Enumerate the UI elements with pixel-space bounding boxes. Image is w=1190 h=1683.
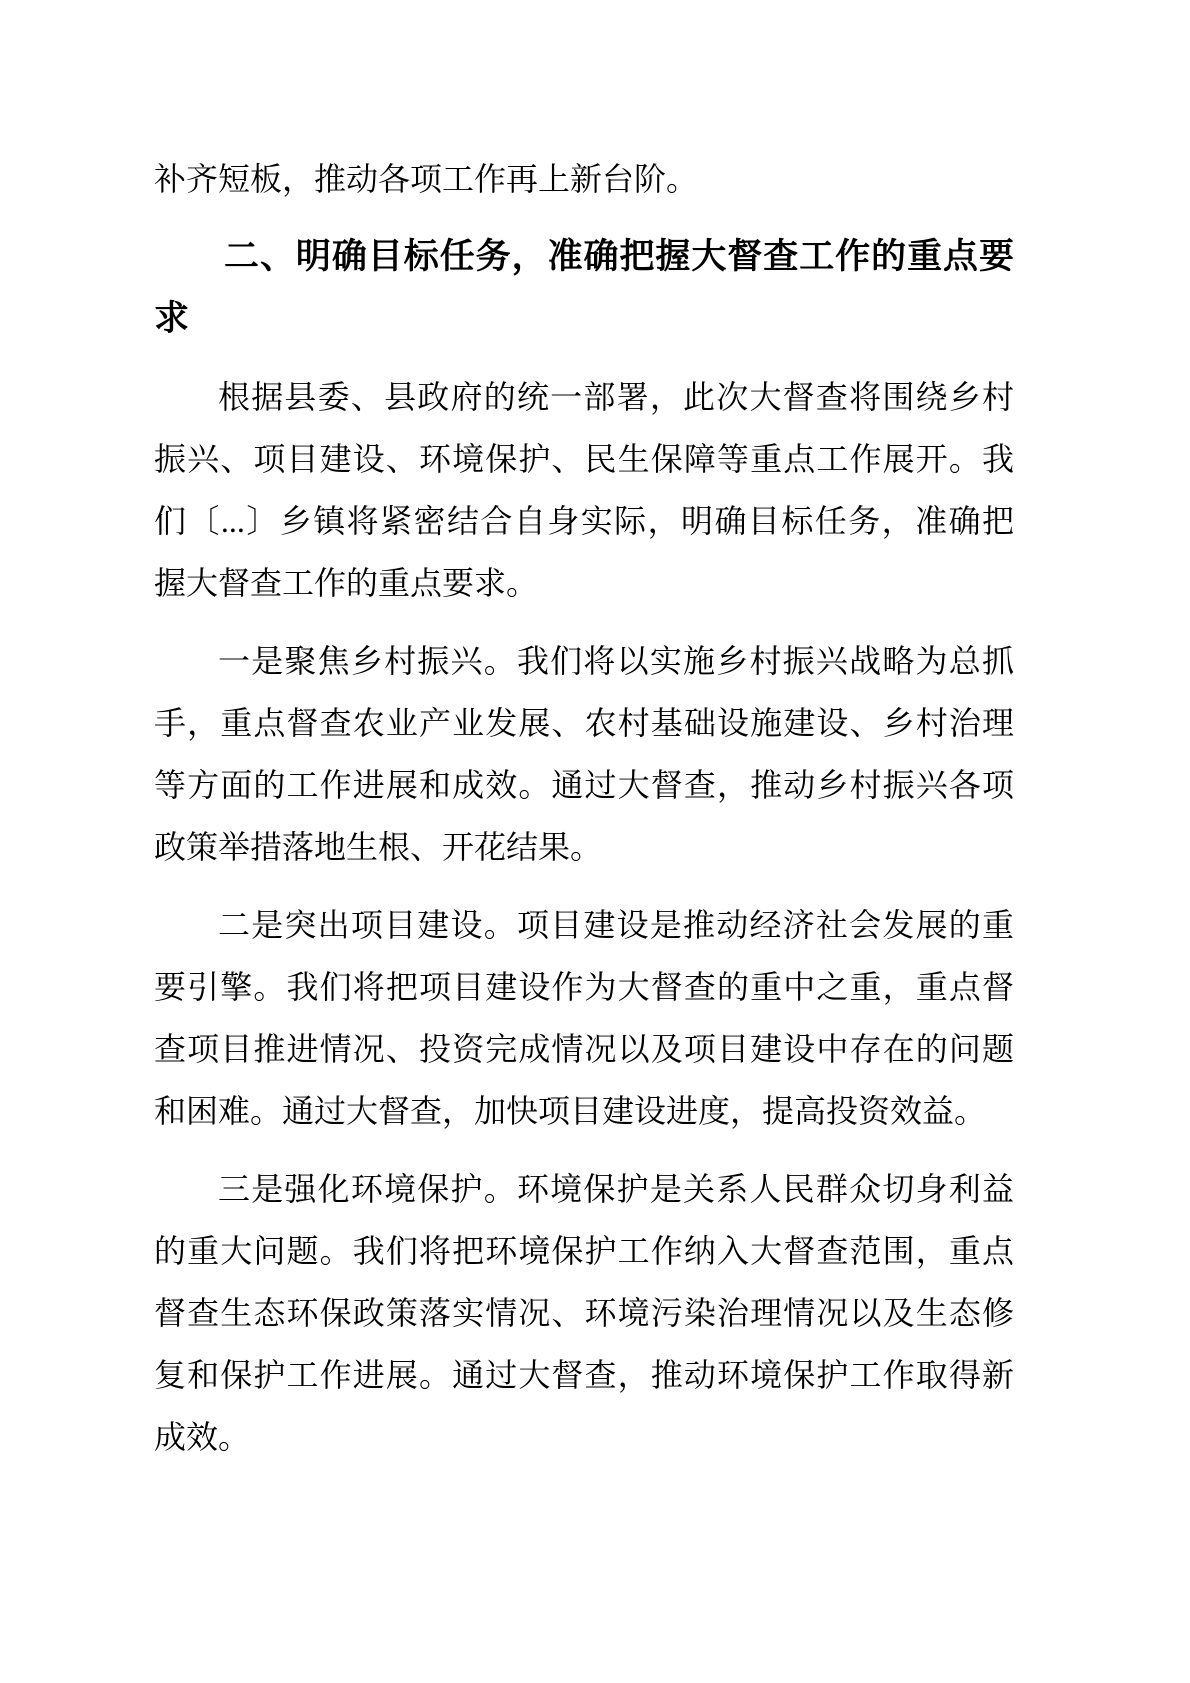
- text-line: 政策举措落地生根、开花结果。: [154, 816, 1014, 878]
- body-paragraph: 根据县委、县政府的统一部署，此次大督查将围绕乡村振兴、项目建设、环境保护、民生保…: [154, 366, 1014, 614]
- text-line: 要引擎。我们将把项目建设作为大督查的重中之重，重点督: [154, 956, 1014, 1018]
- body-paragraph: 补齐短板，推动各项工作再上新台阶。: [154, 148, 1014, 210]
- document-page: 补齐短板，推动各项工作再上新台阶。二、明确目标任务，准确把握大督查工作的重点要求…: [0, 0, 1190, 1683]
- text-line: 们〔...〕乡镇将紧密结合自身实际，明确目标任务，准确把: [154, 490, 1014, 552]
- text-line: 根据县委、县政府的统一部署，此次大督查将围绕乡村: [154, 366, 1014, 428]
- text-line: 二是突出项目建设。项目建设是推动经济社会发展的重: [154, 894, 1014, 956]
- text-line: 和困难。通过大督查，加快项目建设进度，提高投资效益。: [154, 1080, 1014, 1142]
- text-line: 一是聚焦乡村振兴。我们将以实施乡村振兴战略为总抓: [154, 630, 1014, 692]
- text-line: 振兴、项目建设、环境保护、民生保障等重点工作展开。我: [154, 428, 1014, 490]
- heading-paragraph: 二、明确目标任务，准确把握大督查工作的重点要求: [154, 226, 1014, 350]
- text-line: 成效。: [154, 1406, 1014, 1468]
- text-line: 求: [154, 288, 1014, 350]
- text-line: 复和保护工作进展。通过大督查，推动环境保护工作取得新: [154, 1344, 1014, 1406]
- text-line: 手，重点督查农业产业发展、农村基础设施建设、乡村治理: [154, 692, 1014, 754]
- body-paragraph: 一是聚焦乡村振兴。我们将以实施乡村振兴战略为总抓手，重点督查农业产业发展、农村基…: [154, 630, 1014, 878]
- text-line: 二、明确目标任务，准确把握大督查工作的重点要: [154, 226, 1014, 288]
- body-paragraph: 三是强化环境保护。环境保护是关系人民群众切身利益的重大问题。我们将把环境保护工作…: [154, 1158, 1014, 1468]
- text-line: 补齐短板，推动各项工作再上新台阶。: [154, 148, 1014, 210]
- document-body: 补齐短板，推动各项工作再上新台阶。二、明确目标任务，准确把握大督查工作的重点要求…: [154, 148, 1014, 1484]
- text-line: 督查生态环保政策落实情况、环境污染治理情况以及生态修: [154, 1282, 1014, 1344]
- text-line: 等方面的工作进展和成效。通过大督查，推动乡村振兴各项: [154, 754, 1014, 816]
- body-paragraph: 二是突出项目建设。项目建设是推动经济社会发展的重要引擎。我们将把项目建设作为大督…: [154, 894, 1014, 1142]
- text-line: 握大督查工作的重点要求。: [154, 552, 1014, 614]
- text-line: 三是强化环境保护。环境保护是关系人民群众切身利益: [154, 1158, 1014, 1220]
- text-line: 查项目推进情况、投资完成情况以及项目建设中存在的问题: [154, 1018, 1014, 1080]
- text-line: 的重大问题。我们将把环境保护工作纳入大督查范围，重点: [154, 1220, 1014, 1282]
